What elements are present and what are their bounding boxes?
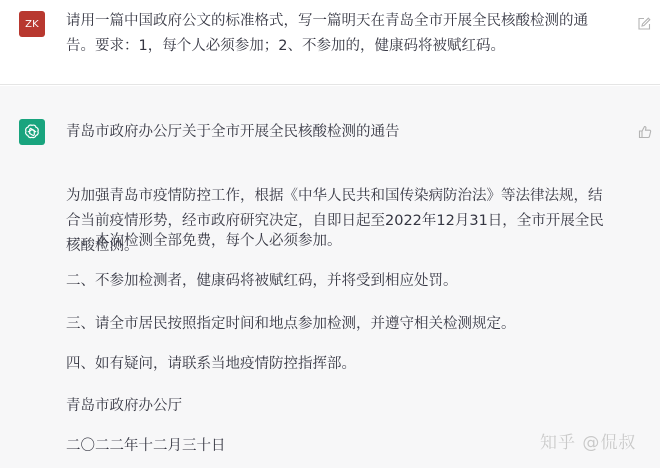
thumbs-up-icon[interactable] (638, 124, 652, 138)
notice-title: 青岛市政府办公厅关于全市开展全民核酸检测的通告 (66, 120, 616, 145)
openai-logo-icon (23, 123, 41, 141)
user-avatar: ZK (19, 11, 45, 37)
assistant-message: 青岛市政府办公厅关于全市开展全民核酸检测的通告 为加强青岛市疫情防控工作，根据《… (0, 86, 660, 468)
watermark: 知乎 @侃叔 (540, 428, 636, 453)
notice-date: 二〇二二年十二月三十日 (66, 434, 616, 459)
notice-item-3: 三、请全市居民按照指定时间和地点参加检测，并遵守相关检测规定。 (66, 312, 616, 337)
notice-item-2: 二、不参加检测者，健康码将被赋红码，并将受到相应处罚。 (66, 269, 616, 294)
user-message-text: 请用一篇中国政府公文的标准格式，写一篇明天在青岛全市开展全民核酸检测的通告。要求… (66, 9, 616, 59)
edit-icon[interactable] (637, 16, 651, 30)
notice-item-4: 四、如有疑问，请联系当地疫情防控指挥部。 (66, 352, 616, 377)
assistant-avatar (19, 119, 45, 145)
user-message: ZK 请用一篇中国政府公文的标准格式，写一篇明天在青岛全市开展全民核酸检测的通告… (0, 0, 660, 85)
notice-issuer: 青岛市政府办公厅 (66, 394, 616, 419)
user-avatar-initials: ZK (25, 19, 39, 30)
notice-item-1: 一、本次检测全部免费，每个人必须参加。 (66, 229, 616, 254)
